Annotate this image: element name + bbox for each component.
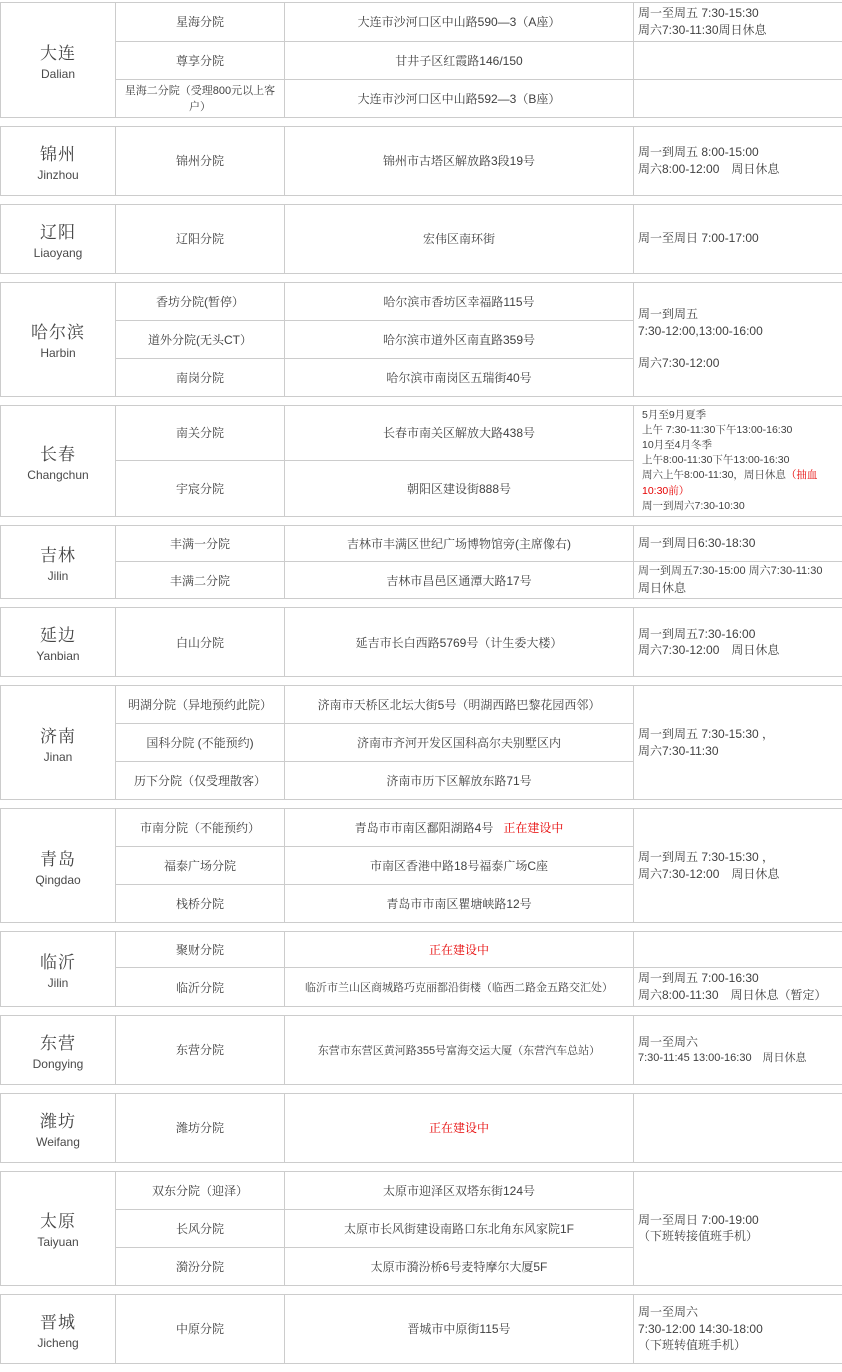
table-row: 锦州Jinzhou锦州分院锦州市古塔区解放路3段19号周一到周五 8:00-15… — [1, 126, 842, 195]
table-row: 晋城Jicheng中原分院晋城市中原街115号周一至周六7:30-12:00 1… — [1, 1294, 842, 1363]
city-group-weifang: 潍坊Weifang潍坊分院正在建设中 — [0, 1093, 842, 1163]
city-group-jilin: 吉林Jilin丰满一分院吉林市丰满区世纪广场博物馆旁(主席像右)周一到周日6:3… — [0, 525, 842, 599]
hours-line: 周一至周六 — [638, 1034, 838, 1051]
branch-cell: 尊享分院 — [116, 41, 285, 79]
city-cell: 锦州Jinzhou — [1, 126, 116, 195]
hours-line: 周日休息 — [638, 580, 838, 597]
hours-line: 周一到周五 7:30-15:30 ， — [638, 726, 838, 743]
city-pinyin: Dongying — [5, 1057, 111, 1071]
branch-name: 白山分院 — [176, 636, 224, 650]
hours-cell: 周一至周日 7:00-17:00 — [634, 204, 842, 273]
address-text: 晋城市中原街115号 — [407, 1322, 510, 1336]
address-cell: 青岛市市南区鄱阳湖路4号正在建设中 — [285, 809, 634, 847]
branch-cell: 长风分院 — [116, 1209, 285, 1247]
branch-name: 明湖分院（异地预约此院） — [128, 698, 272, 712]
branch-cell: 宇宸分院 — [116, 461, 285, 517]
branch-cell: 福泰广场分院 — [116, 847, 285, 885]
hours-line: 周一到周六7:30-10:30 — [642, 499, 838, 514]
hours-cell: 周一至周六7:30-12:00 14:30-18:00（下班转值班手机） — [634, 1294, 842, 1363]
city-group-dongying: 东营Dongying东营分院东营市东营区黄河路355号富海交运大厦（东营汽车总站… — [0, 1015, 842, 1085]
table-row: 吉林Jilin丰满一分院吉林市丰满区世纪广场博物馆旁(主席像右)周一到周日6:3… — [1, 526, 842, 562]
hours-line: 周一到周五7:30-16:00 — [638, 626, 838, 643]
branch-cell: 星海二分院（受理800元以上客户） — [116, 79, 285, 117]
branch-name: 南岗分院 — [176, 371, 224, 385]
city-pinyin: Qingdao — [5, 873, 111, 887]
city-cell: 吉林Jilin — [1, 526, 116, 599]
branch-name: 长风分院 — [176, 1222, 224, 1236]
city-cell: 济南Jinan — [1, 686, 116, 800]
address-text: 哈尔滨市南岗区五瑞街40号 — [386, 371, 531, 385]
hours-cell: 5月至9月夏季上午 7:30-11:30下午13:00-16:3010月至4月冬… — [634, 405, 842, 517]
table-row: 哈尔滨Harbin香坊分院(暂停）哈尔滨市香坊区幸福路115号周一到周五7:30… — [1, 282, 842, 320]
city-cell: 延边Yanbian — [1, 608, 116, 677]
address-cell: 青岛市市南区瞿塘峡路12号 — [285, 885, 634, 923]
city-name: 哈尔滨 — [5, 318, 111, 343]
city-pinyin: Yanbian — [5, 649, 111, 663]
address-text: 大连市沙河口区中山路590—3（A座） — [358, 15, 561, 29]
address-cell: 太原市长风街建设南路口东北角东风家院1F — [285, 1209, 634, 1247]
branch-cell: 漪汾分院 — [116, 1247, 285, 1285]
city-name: 延边 — [5, 621, 111, 646]
branch-cell: 聚财分院 — [116, 932, 285, 968]
hours-line: 周一至周五 7:30-15:30 — [638, 5, 838, 22]
address-cell: 吉林市昌邑区通潭大路17号 — [285, 562, 634, 599]
address-text: 延吉市长白西路5769号（计生委大楼） — [356, 636, 563, 650]
hours-line: 周六7:30-11:30周日休息 — [638, 22, 838, 39]
branch-cell: 白山分院 — [116, 608, 285, 677]
hours-line: 周六7:30-12:00 周日休息 — [638, 866, 838, 883]
city-cell: 晋城Jicheng — [1, 1294, 116, 1363]
branch-cell: 历下分院（仅受理散客） — [116, 762, 285, 800]
hours-line: 5月至9月夏季 — [642, 408, 838, 423]
city-pinyin: Jinan — [5, 750, 111, 764]
branch-cell: 国科分院 (不能预约) — [116, 724, 285, 762]
hours-line: 周一到周五 — [638, 306, 838, 323]
branch-cell: 辽阳分院 — [116, 204, 285, 273]
address-text: 济南市齐河开发区国科高尔夫别墅区内 — [357, 736, 561, 750]
branch-cell: 锦州分院 — [116, 126, 285, 195]
hours-line: 周一到周五 8:00-15:00 — [638, 144, 838, 161]
branch-name: 东营分院 — [176, 1043, 224, 1057]
address-text: 锦州市古塔区解放路3段19号 — [383, 154, 535, 168]
branch-name: 丰满一分院 — [170, 537, 230, 551]
address-cell: 宏伟区南环街 — [285, 204, 634, 273]
hours-line: 7:30-11:45 13:00-16:30 周日休息 — [638, 1051, 838, 1066]
hours-line: （下班转接值班手机） — [638, 1228, 838, 1245]
address-cell: 朝阳区建设街888号 — [285, 461, 634, 517]
city-name: 青岛 — [5, 845, 111, 870]
city-pinyin: Jilin — [5, 976, 111, 990]
address-text: 宏伟区南环街 — [423, 232, 495, 246]
hours-cell: 周一到周五7:30-12:00,13:00-16:00周六7:30-12:00 — [634, 282, 842, 396]
address-cell: 东营市东营区黄河路355号富海交运大厦（东营汽车总站） — [285, 1015, 634, 1084]
city-pinyin: Changchun — [5, 468, 111, 482]
hours-line: 周六8:00-11:30 周日休息（暂定） — [638, 987, 838, 1004]
branch-name: 丰满二分院 — [170, 574, 230, 588]
table-row: 太原Taiyuan双东分院（迎泽）太原市迎泽区双塔东街124号周一至周日 7:0… — [1, 1171, 842, 1209]
address-text: 朝阳区建设街888号 — [407, 482, 511, 496]
address-text: 太原市迎泽区双塔东街124号 — [383, 1184, 535, 1198]
city-group-dalian: 大连Dalian星海分院大连市沙河口区中山路590—3（A座）周一至周五 7:3… — [0, 2, 842, 118]
city-group-changchun: 长春Changchun南关分院长春市南关区解放大路438号5月至9月夏季上午 7… — [0, 405, 842, 518]
branch-cell: 丰满一分院 — [116, 526, 285, 562]
branch-name: 国科分院 (不能预约) — [146, 736, 253, 750]
branch-cell: 市南分院（不能预约） — [116, 809, 285, 847]
address-text: 太原市漪汾桥6号麦特摩尔大厦5F — [371, 1260, 548, 1274]
branch-name: 香坊分院(暂停） — [156, 295, 244, 309]
hours-cell: 周一到周五 7:00-16:30周六8:00-11:30 周日休息（暂定） — [634, 968, 842, 1007]
city-pinyin: Jinzhou — [5, 168, 111, 182]
branch-cell: 栈桥分院 — [116, 885, 285, 923]
branch-cell: 临沂分院 — [116, 968, 285, 1007]
city-name: 济南 — [5, 722, 111, 747]
hours-cell: 周一至周日 7:00-19:00（下班转接值班手机） — [634, 1171, 842, 1285]
address-text: 青岛市市南区瞿塘峡路12号 — [386, 897, 531, 911]
city-group-taiyuan: 太原Taiyuan双东分院（迎泽）太原市迎泽区双塔东街124号周一至周日 7:0… — [0, 1171, 842, 1286]
address-cell: 济南市历下区解放东路71号 — [285, 762, 634, 800]
city-name: 锦州 — [5, 140, 111, 165]
hours-cell — [634, 41, 842, 79]
branch-name: 道外分院(无头CT） — [148, 333, 252, 347]
city-name: 晋城 — [5, 1308, 111, 1333]
hours-cell: 周一至周五 7:30-15:30周六7:30-11:30周日休息 — [634, 3, 842, 42]
hours-cell: 周一至周六7:30-11:45 13:00-16:30 周日休息 — [634, 1015, 842, 1084]
city-name: 长春 — [5, 440, 111, 465]
address-text: 济南市天桥区北坛大街5号（明湖西路巴黎花园西邻） — [318, 698, 601, 712]
city-cell: 哈尔滨Harbin — [1, 282, 116, 396]
branch-cell: 双东分院（迎泽） — [116, 1171, 285, 1209]
branch-name: 漪汾分院 — [176, 1260, 224, 1274]
city-cell: 太原Taiyuan — [1, 1171, 116, 1285]
hours-line: 7:30-12:00,13:00-16:00 — [638, 323, 838, 340]
city-cell: 大连Dalian — [1, 3, 116, 118]
city-cell: 辽阳Liaoyang — [1, 204, 116, 273]
city-group-qingdao: 青岛Qingdao市南分院（不能预约）青岛市市南区鄱阳湖路4号正在建设中周一到周… — [0, 808, 842, 923]
address-cell: 甘井子区红霞路146/150 — [285, 41, 634, 79]
city-pinyin: Harbin — [5, 346, 111, 360]
address-cell: 太原市迎泽区双塔东街124号 — [285, 1171, 634, 1209]
branch-name: 聚财分院 — [176, 943, 224, 957]
city-group-jinan: 济南Jinan明湖分院（异地预约此院）济南市天桥区北坛大街5号（明湖西路巴黎花园… — [0, 685, 842, 800]
city-group-jicheng: 晋城Jicheng中原分院晋城市中原街115号周一至周六7:30-12:00 1… — [0, 1294, 842, 1364]
hours-cell: 周一到周五 7:30-15:30 ，周六7:30-12:00 周日休息 — [634, 809, 842, 923]
hours-line: 周六7:30-11:30 — [638, 743, 838, 760]
hours-line — [638, 340, 838, 355]
address-cell: 哈尔滨市道外区南直路359号 — [285, 320, 634, 358]
hours-line: 上午 7:30-11:30下午13:00-16:30 — [642, 423, 838, 438]
address-text: 太原市长风街建设南路口东北角东风家院1F — [344, 1222, 574, 1236]
hours-line: 上午8:00-11:30下午13:00-16:30 — [642, 453, 838, 468]
address-cell: 长春市南关区解放大路438号 — [285, 405, 634, 461]
address-text: 哈尔滨市道外区南直路359号 — [383, 333, 535, 347]
city-pinyin: Liaoyang — [5, 246, 111, 260]
branch-name: 星海分院 — [176, 15, 224, 29]
branch-cell: 潍坊分院 — [116, 1093, 285, 1162]
hours-cell: 周一到周五 7:30-15:30 ，周六7:30-11:30 — [634, 686, 842, 800]
address-text: 济南市历下区解放东路71号 — [386, 774, 531, 788]
city-cell: 临沂Jilin — [1, 932, 116, 1007]
hours-line: （下班转值班手机） — [638, 1337, 838, 1354]
hours-cell — [634, 932, 842, 968]
city-cell: 东营Dongying — [1, 1015, 116, 1084]
branch-cell: 道外分院(无头CT） — [116, 320, 285, 358]
hours-cell: 周一到周五 8:00-15:00周六8:00-12:00 周日休息 — [634, 126, 842, 195]
table-row: 长春Changchun南关分院长春市南关区解放大路438号5月至9月夏季上午 7… — [1, 405, 842, 461]
table-row: 尊享分院甘井子区红霞路146/150 — [1, 41, 842, 79]
hours-line: 周六8:00-12:00 周日休息 — [638, 161, 838, 178]
address-cell: 济南市齐河开发区国科高尔夫别墅区内 — [285, 724, 634, 762]
hours-line: 周一至周日 7:00-17:00 — [638, 230, 838, 247]
table-row: 临沂Jilin聚财分院正在建设中 — [1, 932, 842, 968]
city-group-jilin: 临沂Jilin聚财分院正在建设中临沂分院临沂市兰山区商城路巧克丽都沿街楼（临西二… — [0, 931, 842, 1007]
branch-directory-table: 大连Dalian星海分院大连市沙河口区中山路590—3（A座）周一至周五 7:3… — [0, 0, 842, 1364]
branch-cell: 南岗分院 — [116, 358, 285, 396]
city-cell: 青岛Qingdao — [1, 809, 116, 923]
branch-cell: 丰满二分院 — [116, 562, 285, 599]
table-row: 东营Dongying东营分院东营市东营区黄河路355号富海交运大厦（东营汽车总站… — [1, 1015, 842, 1084]
branch-cell: 南关分院 — [116, 405, 285, 461]
city-pinyin: Jilin — [5, 569, 111, 583]
branch-name: 星海二分院（受理800元以上客户） — [125, 85, 275, 113]
address-text: 哈尔滨市香坊区幸福路115号 — [383, 295, 534, 309]
city-group-yanbian: 延边Yanbian白山分院延吉市长白西路5769号（计生委大楼）周一到周五7:3… — [0, 607, 842, 677]
city-pinyin: Jicheng — [5, 1336, 111, 1350]
table-row: 星海二分院（受理800元以上客户）大连市沙河口区中山路592—3（B座） — [1, 79, 842, 117]
branch-cell: 东营分院 — [116, 1015, 285, 1084]
table-row: 延边Yanbian白山分院延吉市长白西路5769号（计生委大楼）周一到周五7:3… — [1, 608, 842, 677]
hours-line: 周一到周五 7:00-16:30 — [638, 970, 838, 987]
branch-name: 辽阳分院 — [176, 232, 224, 246]
address-cell: 哈尔滨市香坊区幸福路115号 — [285, 282, 634, 320]
hours-cell: 周一到周五7:30-15:00 周六7:30-11:30周日休息 — [634, 562, 842, 599]
address-cell: 大连市沙河口区中山路592—3（B座） — [285, 79, 634, 117]
city-group-liaoyang: 辽阳Liaoyang辽阳分院宏伟区南环街周一至周日 7:00-17:00 — [0, 204, 842, 274]
address-cell: 吉林市丰满区世纪广场博物馆旁(主席像右) — [285, 526, 634, 562]
address-text: 大连市沙河口区中山路592—3（B座） — [358, 92, 561, 106]
hours-cell: 周一到周日6:30-18:30 — [634, 526, 842, 562]
hours-line: 周六上午8:00-11:30，周日休息（抽血10:30前） — [642, 468, 838, 498]
hours-line: 周一到周五7:30-15:00 周六7:30-11:30 — [638, 564, 838, 579]
address-text: 吉林市丰满区世纪广场博物馆旁(主席像右) — [347, 537, 571, 551]
branch-name: 临沂分院 — [176, 981, 224, 995]
city-name: 临沂 — [5, 948, 111, 973]
branch-name: 尊享分院 — [176, 54, 224, 68]
address-cell: 济南市天桥区北坛大街5号（明湖西路巴黎花园西邻） — [285, 686, 634, 724]
table-row: 青岛Qingdao市南分院（不能预约）青岛市市南区鄱阳湖路4号正在建设中周一到周… — [1, 809, 842, 847]
address-cell: 市南区香港中路18号福泰广场C座 — [285, 847, 634, 885]
address-text: 市南区香港中路18号福泰广场C座 — [370, 859, 548, 873]
under-construction-note: 正在建设中 — [503, 821, 563, 835]
address-text: 临沂市兰山区商城路巧克丽都沿街楼（临西二路金五路交汇处） — [305, 982, 613, 994]
city-group-jinzhou: 锦州Jinzhou锦州分院锦州市古塔区解放路3段19号周一到周五 8:00-15… — [0, 126, 842, 196]
city-group-harbin: 哈尔滨Harbin香坊分院(暂停）哈尔滨市香坊区幸福路115号周一到周五7:30… — [0, 282, 842, 397]
city-name: 东营 — [5, 1029, 111, 1054]
branch-name: 栈桥分院 — [176, 897, 224, 911]
under-construction-note: 正在建设中 — [429, 943, 489, 957]
address-cell: 正在建设中 — [285, 1093, 634, 1162]
city-name: 太原 — [5, 1207, 111, 1232]
hours-line: 周一至周六 — [638, 1304, 838, 1321]
address-cell: 锦州市古塔区解放路3段19号 — [285, 126, 634, 195]
branch-name: 宇宸分院 — [176, 482, 224, 496]
hours-line: 周六7:30-12:00 — [638, 355, 838, 372]
branch-name: 双东分院（迎泽） — [152, 1184, 248, 1198]
branch-cell: 星海分院 — [116, 3, 285, 42]
branch-name: 中原分院 — [176, 1322, 224, 1336]
city-cell: 长春Changchun — [1, 405, 116, 517]
city-pinyin: Weifang — [5, 1135, 111, 1149]
table-row: 临沂分院临沂市兰山区商城路巧克丽都沿街楼（临西二路金五路交汇处）周一到周五 7:… — [1, 968, 842, 1007]
table-row: 潍坊Weifang潍坊分院正在建设中 — [1, 1093, 842, 1162]
hours-cell — [634, 1093, 842, 1162]
branch-cell: 明湖分院（异地预约此院） — [116, 686, 285, 724]
address-cell: 太原市漪汾桥6号麦特摩尔大厦5F — [285, 1247, 634, 1285]
hours-line: 7:30-12:00 14:30-18:00 — [638, 1321, 838, 1338]
address-text: 吉林市昌邑区通潭大路17号 — [386, 574, 531, 588]
hours-cell — [634, 79, 842, 117]
city-name: 吉林 — [5, 541, 111, 566]
branch-name: 历下分院（仅受理散客） — [134, 774, 266, 788]
city-name: 潍坊 — [5, 1107, 111, 1132]
table-row: 大连Dalian星海分院大连市沙河口区中山路590—3（A座）周一至周五 7:3… — [1, 3, 842, 42]
hours-line: 周一至周日 7:00-19:00 — [638, 1212, 838, 1229]
table-row: 辽阳Liaoyang辽阳分院宏伟区南环街周一至周日 7:00-17:00 — [1, 204, 842, 273]
city-name: 大连 — [5, 39, 111, 64]
table-row: 丰满二分院吉林市昌邑区通潭大路17号周一到周五7:30-15:00 周六7:30… — [1, 562, 842, 599]
hours-line: 10月至4月冬季 — [642, 438, 838, 453]
hours-text: 周六上午8:00-11:30，周日休息 — [642, 469, 786, 481]
address-cell: 晋城市中原街115号 — [285, 1294, 634, 1363]
city-cell: 潍坊Weifang — [1, 1093, 116, 1162]
city-pinyin: Dalian — [5, 67, 111, 81]
branch-name: 福泰广场分院 — [164, 859, 236, 873]
address-text: 东营市东营区黄河路355号富海交运大厦（东营汽车总站） — [318, 1045, 600, 1057]
address-text: 长春市南关区解放大路438号 — [383, 426, 535, 440]
address-cell: 大连市沙河口区中山路590—3（A座） — [285, 3, 634, 42]
branch-cell: 香坊分院(暂停） — [116, 282, 285, 320]
branch-name: 潍坊分院 — [176, 1121, 224, 1135]
address-text: 甘井子区红霞路146/150 — [395, 54, 522, 68]
city-name: 辽阳 — [5, 218, 111, 243]
address-cell: 临沂市兰山区商城路巧克丽都沿街楼（临西二路金五路交汇处） — [285, 968, 634, 1007]
hours-line: 周六7:30-12:00 周日休息 — [638, 642, 838, 659]
address-cell: 正在建设中 — [285, 932, 634, 968]
hours-cell: 周一到周五7:30-16:00周六7:30-12:00 周日休息 — [634, 608, 842, 677]
branch-name: 南关分院 — [176, 426, 224, 440]
table-row: 济南Jinan明湖分院（异地预约此院）济南市天桥区北坛大街5号（明湖西路巴黎花园… — [1, 686, 842, 724]
address-cell: 延吉市长白西路5769号（计生委大楼） — [285, 608, 634, 677]
city-pinyin: Taiyuan — [5, 1235, 111, 1249]
hours-line: 周一到周日6:30-18:30 — [638, 535, 838, 552]
hours-line: 周一到周五 7:30-15:30 ， — [638, 849, 838, 866]
address-text: 青岛市市南区鄱阳湖路4号 — [355, 821, 494, 835]
branch-name: 市南分院（不能预约） — [140, 821, 260, 835]
under-construction-note: 正在建设中 — [429, 1121, 489, 1135]
branch-cell: 中原分院 — [116, 1294, 285, 1363]
address-cell: 哈尔滨市南岗区五瑞街40号 — [285, 358, 634, 396]
branch-name: 锦州分院 — [176, 154, 224, 168]
